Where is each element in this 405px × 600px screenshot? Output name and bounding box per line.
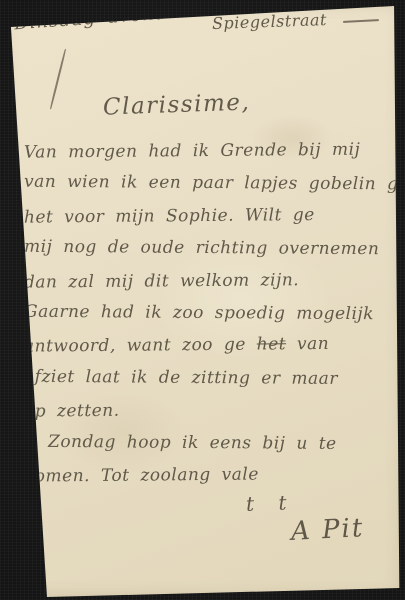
letter-line: afziet laat ik de zitting er maar bbox=[24, 366, 389, 401]
line-text: Van morgen had ik Grende bij mij bbox=[24, 140, 361, 163]
letter-body: Van morgen had ik Grende bij mijvan wien… bbox=[24, 141, 389, 497]
line-text: op zetten. bbox=[24, 401, 120, 422]
letter-line: op zetten. bbox=[24, 399, 389, 435]
letter-closing: t t bbox=[246, 490, 296, 516]
line-text: Zondag hoop ik eens bij u te bbox=[48, 431, 337, 453]
line-text: het voor mijn Sophie. Wilt ge bbox=[24, 205, 315, 228]
letter-line: het voor mijn Sophie. Wilt ge bbox=[24, 204, 389, 240]
letter-line: mij nog de oude richting overnemen bbox=[24, 237, 389, 272]
photograph-background: Dinsdag avond Spiegelstraat Clarissime, … bbox=[0, 0, 405, 600]
line-text: mij nog de oude richting overnemen bbox=[24, 237, 379, 259]
struck-word: het bbox=[257, 335, 287, 355]
line-text: van wien ik een paar lapjes gobelin geko… bbox=[24, 172, 405, 195]
letter-signature: A Pit bbox=[290, 513, 365, 547]
letter-line: antwoord, want zoo ge het van bbox=[24, 334, 389, 370]
letter-line: van wien ik een paar lapjes gobelin geko… bbox=[24, 172, 389, 207]
pen-flourish bbox=[50, 49, 66, 110]
line-text: komen. Tot zoolang vale bbox=[24, 464, 259, 486]
letter-salutation: Clarissime, bbox=[103, 89, 251, 120]
line-text: dan zal mij dit welkom zijn. bbox=[24, 270, 299, 292]
line-text: van bbox=[286, 334, 329, 354]
letter-line: dan zal mij dit welkom zijn. bbox=[24, 269, 389, 305]
letter-line: Gaarne had ik zoo spoedig mogelijk bbox=[24, 302, 389, 337]
line-text: Gaarne had ik zoo spoedig mogelijk bbox=[24, 302, 374, 324]
letter-line: Van morgen had ik Grende bij mij bbox=[24, 139, 389, 175]
line-text: afziet laat ik de zitting er maar bbox=[24, 366, 338, 388]
letter-line: komen. Tot zoolang vale bbox=[24, 463, 389, 499]
pen-dash bbox=[343, 19, 379, 23]
letter-address: Spiegelstraat bbox=[212, 10, 328, 33]
letter-line: Zondag hoop ik eens bij u te bbox=[24, 431, 389, 466]
letter-dateline: Dinsdag avond bbox=[13, 3, 167, 35]
line-text: antwoord, want zoo ge bbox=[24, 335, 257, 357]
letter-paper: Dinsdag avond Spiegelstraat Clarissime, … bbox=[0, 0, 405, 600]
